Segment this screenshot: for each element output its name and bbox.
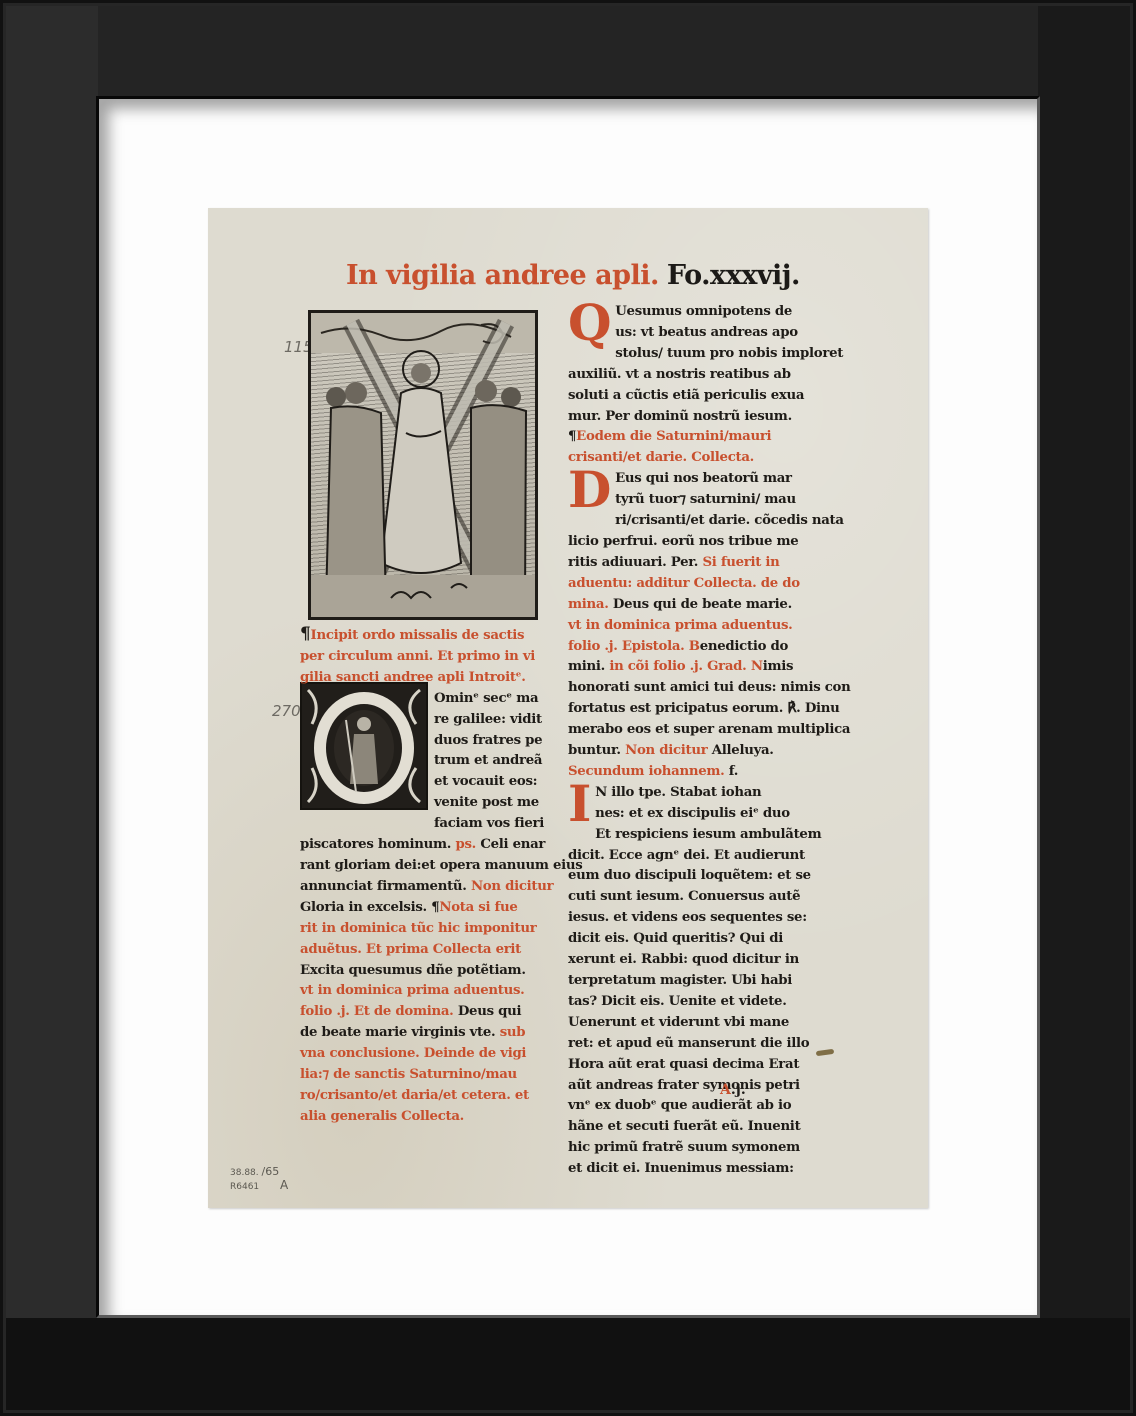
body-text: imis: [763, 659, 793, 674]
text-line: honorati sunt amici tui deus: nimis con: [568, 678, 808, 699]
text-line: mur. Per dominũ nostrũ iesum.: [568, 407, 808, 428]
catalog-mark: 38.88. /65 R6461 A: [230, 1166, 288, 1193]
catalog-suffix: A: [280, 1178, 288, 1192]
body-text: fortatus est pricipatus eorum. ℟. Dinu: [568, 701, 840, 716]
body-text: ret: et apud eũ manserunt die illo: [568, 1036, 809, 1051]
signature-letter: A: [720, 1082, 731, 1098]
introit-line: faciam vos fieri: [300, 814, 546, 835]
body-text: Uenerunt et viderunt vbi mane: [568, 1015, 789, 1030]
introit-line: duos fratres pe: [300, 731, 546, 752]
rubric-text: folio .j. Et de domina.: [300, 1004, 458, 1019]
rubric-text: Non dicitur: [625, 743, 712, 758]
right-body-text: QUesumus omnipotens deus: vt beatus andr…: [568, 302, 808, 1180]
body-text: honorati sunt amici tui deus: nimis con: [568, 680, 850, 695]
body-text: tyrũ tuor⁊ saturnini/ mau: [615, 492, 796, 507]
text-line: de beate marie virginis vte. sub: [300, 1023, 546, 1044]
rubric-line: per circulum anni. Et primo in vi: [300, 647, 546, 668]
text-line: folio .j. Epistola. Benedictio do: [568, 637, 808, 658]
body-text: ritis adiuuari. Per.: [568, 555, 702, 570]
text-line: aduẽtus. Et prima Collecta erit: [300, 940, 546, 961]
running-head: In vigilia andree apli.Fo.xxxvij.: [346, 260, 846, 291]
text-line: rant gloriam dei:et opera manuum eius: [300, 856, 546, 877]
body-text: N illo tpe. Stabat iohan: [595, 785, 761, 800]
body-text: et dicit ei. Inuenimus messiam:: [568, 1161, 794, 1176]
text-line: terpretatum magister. Ubi habi: [568, 971, 808, 992]
text-line: Secundum iohannem. f.: [568, 762, 808, 783]
body-text: Et respiciens iesum ambulãtem: [595, 827, 821, 842]
body-text: Eus qui nos beatorũ mar: [615, 471, 792, 486]
frame-bottom-rail: [6, 1318, 1130, 1410]
body-text: de beate marie virginis vte.: [300, 1025, 500, 1040]
body-text: merabo eos et super arenam multiplica: [568, 722, 850, 737]
red-initial-d: D: [568, 469, 611, 511]
rubric-text: Nota si fue: [439, 900, 517, 915]
text-line: iesus. et videns eos sequentes se:: [568, 908, 808, 929]
rubric-text: aduentu: additur Collecta. de do: [568, 576, 800, 591]
saint-andrew-crucifixion-image: [311, 313, 535, 617]
rubric-text: vt in dominica prima aduentus.: [300, 983, 525, 998]
text-line: aduentu: additur Collecta. de do: [568, 574, 808, 595]
text-line: soluti a cũctis etiã periculis exua: [568, 386, 808, 407]
body-text: hãne et secuti fuerãt eũ. Inuenit: [568, 1119, 800, 1134]
text-line: nes: et ex discipulis eiᵉ duo: [568, 804, 808, 825]
catalog-line-2: R6461: [230, 1182, 259, 1192]
body-text: annunciat firmamentũ.: [300, 879, 471, 894]
text-line: Uenerunt et viderunt vbi mane: [568, 1013, 808, 1034]
text-line: eum duo discipuli loquẽtem: et se: [568, 866, 808, 887]
body-text: ri/crisanti/et darie. cõcedis nata: [615, 513, 844, 528]
rubric-text: crisanti/et darie. Collecta.: [568, 450, 754, 465]
body-text: Alleluya.: [712, 743, 774, 758]
text-line: xerunt ei. Rabbi: quod dicitur in: [568, 950, 808, 971]
text-line: aũt andreas frater symonis petri: [568, 1076, 808, 1097]
missal-leaf: In vigilia andree apli.Fo.xxxvij. 115 27…: [208, 208, 928, 1208]
text-line: annunciat firmamentũ. Non dicitur: [300, 877, 546, 898]
body-text: buntur.: [568, 743, 625, 758]
text-line: ¶Eodem die Saturnini/mauri: [568, 427, 808, 448]
body-text: Uesumus omnipotens de: [615, 304, 792, 319]
body-text: dicit eis. Quid queritis? Qui di: [568, 931, 783, 946]
right-text-column: QUesumus omnipotens deus: vt beatus andr…: [568, 302, 808, 1180]
introit-line: trum et andreã: [300, 751, 546, 772]
rubric-text: N: [751, 659, 763, 674]
text-line: merabo eos et super arenam multiplica: [568, 720, 808, 741]
introit-line: venite post me: [300, 793, 546, 814]
margin-note-middle: 270: [272, 702, 301, 720]
rubric-text: in cõi folio .j. Grad.: [609, 659, 751, 674]
rubric-text: Secundum iohannem.: [568, 764, 724, 779]
rubric-text: ro/crisanto/et daria/et cetera. et: [300, 1088, 529, 1103]
body-text: Deus qui: [458, 1004, 521, 1019]
text-line: ro/crisanto/et daria/et cetera. et: [300, 1086, 546, 1107]
text-line: lia:⁊ de sanctis Saturnino/mau: [300, 1065, 546, 1086]
rubric-text: sub: [500, 1025, 526, 1040]
body-text: eum duo discipuli loquẽtem: et se: [568, 868, 811, 883]
text-line: piscatores hominum. ps. Celi enar: [300, 835, 546, 856]
rubric-line: ¶Incipit ordo missalis de sactis: [300, 624, 546, 647]
text-line: hic primũ fratrẽ suum symonem: [568, 1138, 808, 1159]
text-line: N illo tpe. Stabat iohan: [568, 783, 808, 804]
body-text: stolus/ tuum pro nobis imploret: [615, 346, 843, 361]
text-line: vt in dominica prima aduentus.: [568, 616, 808, 637]
left-text-column: ¶Incipit ordo missalis de sactis per cir…: [300, 624, 546, 1128]
body-text: licio perfrui. eorũ nos tribue me: [568, 534, 798, 549]
catalog-fraction: /65: [262, 1165, 280, 1178]
left-body-text: piscatores hominum. ps. Celi enarrant gl…: [300, 835, 546, 1128]
body-text: Deus qui de beate marie.: [613, 597, 792, 612]
text-line: ret: et apud eũ manserunt die illo: [568, 1034, 808, 1055]
introit-line: Ominᵉ secᵉ ma: [300, 689, 546, 710]
rubric-text: mina.: [568, 597, 613, 612]
rubric-text: vt in dominica prima aduentus.: [568, 618, 793, 633]
catalog-line-1: 38.88.: [230, 1168, 259, 1178]
rubric-text: Eodem die Saturnini/mauri: [576, 429, 771, 444]
rubric-text: Si fuerit in: [702, 555, 779, 570]
body-text: Gloria in excelsis.: [300, 900, 431, 915]
introit-line: re galilee: vidit: [300, 710, 546, 731]
body-text: us: vt beatus andreas apo: [615, 325, 798, 340]
text-line: alia generalis Collecta.: [300, 1107, 546, 1128]
body-text: Hora aũt erat quasi decima Erat: [568, 1057, 799, 1072]
text-line: auxiliũ. vt a nostris reatibus ab: [568, 365, 808, 386]
text-line: vna conclusione. Deinde de vigi: [300, 1044, 546, 1065]
rubric-text: folio .j. Epistola.: [568, 639, 689, 654]
text-line: crisanti/et darie. Collecta.: [568, 448, 808, 469]
text-line: Hora aũt erat quasi decima Erat: [568, 1055, 808, 1076]
text-line: folio .j. Et de domina. Deus qui: [300, 1002, 546, 1023]
running-head-title: In vigilia andree apli.: [346, 260, 659, 291]
body-text: tas? Dicit eis. Uenite et videte.: [568, 994, 787, 1009]
rubric-text: lia:⁊ de sanctis Saturnino/mau: [300, 1067, 517, 1082]
text-line: cuti sunt iesum. Conuersus autẽ: [568, 887, 808, 908]
body-text: mur. Per dominũ nostrũ iesum.: [568, 409, 792, 424]
text-line: ritis adiuuari. Per. Si fuerit in: [568, 553, 808, 574]
body-text: f.: [724, 764, 738, 779]
rubric-text: aduẽtus. Et prima Collecta erit: [300, 942, 521, 957]
text-line: vnᵉ ex duobᵉ que audierãt ab io: [568, 1096, 808, 1117]
signature-number: .j.: [731, 1082, 746, 1098]
signature-mark: A.j.: [720, 1082, 746, 1098]
text-line: fortatus est pricipatus eorum. ℟. Dinu: [568, 699, 808, 720]
text-line: vt in dominica prima aduentus.: [300, 981, 546, 1002]
body-text: enedictio do: [700, 639, 788, 654]
text-line: dicit eis. Quid queritis? Qui di: [568, 929, 808, 950]
body-text: nes: et ex discipulis eiᵉ duo: [595, 806, 790, 821]
text-line: Et respiciens iesum ambulãtem: [568, 825, 808, 846]
body-text: hic primũ fratrẽ suum symonem: [568, 1140, 800, 1155]
rubric-text: B: [689, 639, 700, 654]
introit-line: et vocauit eos:: [300, 772, 546, 793]
text-line: et dicit ei. Inuenimus messiam:: [568, 1159, 808, 1180]
rubric-text: ps.: [455, 837, 476, 852]
body-text: auxiliũ. vt a nostris reatibus ab: [568, 367, 791, 382]
body-text: vnᵉ ex duobᵉ que audierãt ab io: [568, 1098, 791, 1113]
body-text: Excita quesumus dñe potẽtiam.: [300, 963, 526, 978]
paper-stain: [816, 1049, 835, 1056]
folio-number: Fo.xxxvij.: [667, 260, 800, 291]
frame-left-rail: [6, 6, 98, 1410]
woodcut-illustration: [308, 310, 538, 620]
frame-right-rail: [1038, 6, 1130, 1410]
body-text: soluti a cũctis etiã periculis exua: [568, 388, 804, 403]
text-line: buntur. Non dicitur Alleluya.: [568, 741, 808, 762]
body-text: ¶: [568, 429, 576, 444]
text-line: dicit. Ecce agnᵉ dei. Et audierunt: [568, 846, 808, 867]
body-text: terpretatum magister. Ubi habi: [568, 973, 792, 988]
body-text: iesus. et videns eos sequentes se:: [568, 910, 807, 925]
red-initial-q: Q: [568, 302, 611, 344]
text-line: rit in dominica tũc hic imponitur: [300, 919, 546, 940]
rubric-text: Non dicitur: [471, 879, 553, 894]
body-text: cuti sunt iesum. Conuersus autẽ: [568, 889, 800, 904]
body-text: mini.: [568, 659, 609, 674]
text-line: hãne et secuti fuerãt eũ. Inuenit: [568, 1117, 808, 1138]
rubric-text: vna conclusione. Deinde de vigi: [300, 1046, 526, 1061]
body-text: rant gloriam dei:et opera manuum eius: [300, 858, 582, 873]
text-line: Excita quesumus dñe potẽtiam.: [300, 961, 546, 982]
body-text: aũt andreas frater symonis petri: [568, 1078, 800, 1093]
rubric-line: gilia sancti andree apli Introitᵉ.: [300, 668, 546, 689]
pilcrow-icon: ¶: [300, 624, 311, 644]
text-line: mina. Deus qui de beate marie.: [568, 595, 808, 616]
frame-top-rail: [6, 6, 1130, 98]
rubric-text: alia generalis Collecta.: [300, 1109, 464, 1124]
text-line: tas? Dicit eis. Uenite et videte.: [568, 992, 808, 1013]
body-text: piscatores hominum.: [300, 837, 455, 852]
text-line: licio perfrui. eorũ nos tribue me: [568, 532, 808, 553]
body-text: dicit. Ecce agnᵉ dei. Et audierunt: [568, 848, 805, 863]
body-text: Celi enar: [476, 837, 545, 852]
rubric-text: rit in dominica tũc hic imponitur: [300, 921, 536, 936]
text-line: mini. in cõi folio .j. Grad. Nimis: [568, 657, 808, 678]
text-line: Gloria in excelsis. ¶Nota si fue: [300, 898, 546, 919]
red-initial-i: I: [568, 783, 591, 825]
body-text: xerunt ei. Rabbi: quod dicitur in: [568, 952, 799, 967]
